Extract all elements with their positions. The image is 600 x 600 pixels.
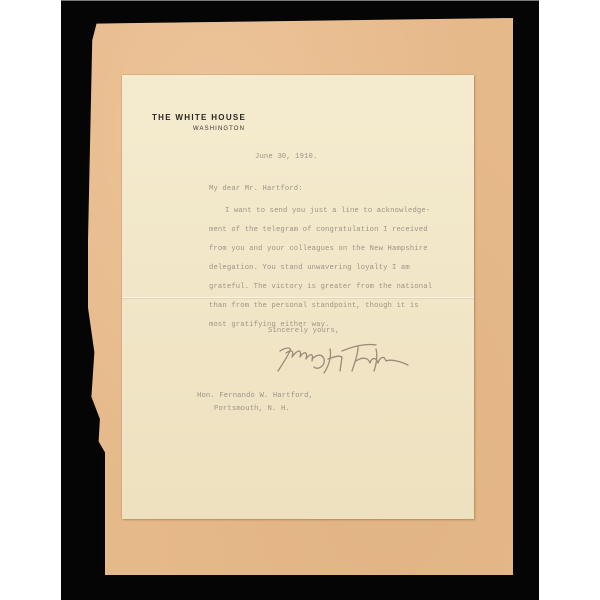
letter-body: I want to send you just a line to acknow… xyxy=(209,202,432,335)
body-line: I want to send you just a line to acknow… xyxy=(209,202,432,221)
body-line: than from the personal standpoint, thoug… xyxy=(209,297,432,316)
salutation: My dear Mr. Hartford: xyxy=(209,185,303,193)
letter-date: June 30, 1910. xyxy=(255,153,318,161)
body-line: from you and your colleagues on the New … xyxy=(209,240,432,259)
letterhead-subtitle: WASHINGTON xyxy=(193,126,245,132)
letter-sheet: THE WHITE HOUSE WASHINGTON June 30, 1910… xyxy=(122,75,474,519)
body-line: ment of the telegram of congratulation I… xyxy=(209,221,432,240)
letterhead-title: THE WHITE HOUSE xyxy=(152,113,246,122)
body-line: delegation. You stand unwavering loyalty… xyxy=(209,259,432,278)
recipient-address: Hon. Fernando W. Hartford, Portsmouth, N… xyxy=(197,390,313,416)
recipient-name: Hon. Fernando W. Hartford, xyxy=(197,390,313,403)
signature xyxy=(272,337,412,377)
body-line: grateful. The victory is greater from th… xyxy=(209,278,432,297)
recipient-city: Portsmouth, N. H. xyxy=(197,403,313,416)
closing: Sincerely yours, xyxy=(268,327,339,335)
